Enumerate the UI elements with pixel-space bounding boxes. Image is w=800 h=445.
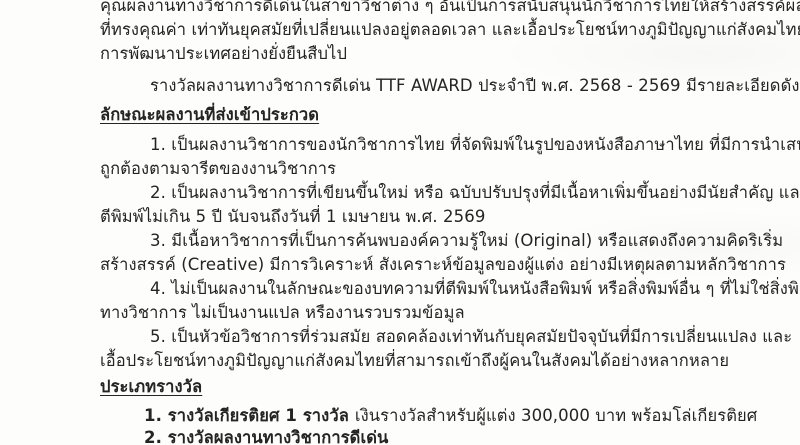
criteria-item-3-line-1: 3. มีเนื้อหาวิชาการที่เป็นการค้นพบองค์คว… <box>100 229 778 253</box>
award-intro-line: รางวัลผลงานทางวิชาการดีเด่น TTF AWARD ปร… <box>100 74 778 98</box>
award-type-item-1: 1. รางวัลเกียรติยศ 1 รางวัลเงินรางวัลสำห… <box>100 405 778 427</box>
criteria-item-3-line-2: สร้างสรรค์ (Creative) มีการวิเคราะห์ สัง… <box>100 253 778 277</box>
criteria-item-5-line-2: เอื้อประโยชน์ทางภูมิปัญญาแก่สังคมไทยที่ส… <box>100 349 778 373</box>
criteria-item-1-line-1: 1. เป็นผลงานวิชาการของนักวิชาการไทย ที่จ… <box>100 133 778 157</box>
criteria-item-4-line-2: ทางวิชาการ ไม่เป็นงานแปล หรืองานรวบรวมข้… <box>100 301 778 325</box>
award-type-item-1-detail: เงินรางวัลสำหรับผู้แต่ง 300,000 บาท พร้อ… <box>349 406 757 425</box>
award-type-item-2: 2. รางวัลผลงานทางวิชาการดีเด่น <box>100 427 778 445</box>
criteria-item-4-line-1: 4. ไม่เป็นผลงานในลักษณะของบทความที่ตีพิม… <box>100 277 778 301</box>
document-body: คุณผลงานทางวิชาการดีเด่นในสาขาวิชาต่าง ๆ… <box>100 0 778 445</box>
criteria-item-5-line-1: 5. เป็นหัวข้อวิชาการที่ร่วมสมัย สอดคล้อง… <box>100 325 778 349</box>
section-heading-characteristics: ลักษณะผลงานที่ส่งเข้าประกวด <box>100 103 778 127</box>
criteria-item-1-line-2: ถูกต้องตามจารีตของงานวิชาการ <box>100 157 778 181</box>
document-page: คุณผลงานทางวิชาการดีเด่นในสาขาวิชาต่าง ๆ… <box>0 0 800 445</box>
paragraph-line: คุณผลงานทางวิชาการดีเด่นในสาขาวิชาต่าง ๆ… <box>100 0 778 18</box>
paragraph-line: ที่ทรงคุณค่า เท่าทันยุคสมัยที่เปลี่ยนแปล… <box>100 18 778 42</box>
section-heading-award-types: ประเภทรางวัล <box>100 375 778 399</box>
criteria-list: 1. เป็นผลงานวิชาการของนักวิชาการไทย ที่จ… <box>100 133 778 373</box>
criteria-item-2-line-1: 2. เป็นผลงานวิชาการที่เขียนขึ้นใหม่ หรือ… <box>100 181 778 205</box>
criteria-item-2-line-2: ตีพิมพ์ไม่เกิน 5 ปี นับจนถึงวันที่ 1 เมษ… <box>100 205 778 229</box>
award-type-list: 1. รางวัลเกียรติยศ 1 รางวัลเงินรางวัลสำห… <box>100 405 778 445</box>
award-type-item-2-title: 2. รางวัลผลงานทางวิชาการดีเด่น <box>144 428 388 445</box>
award-type-item-1-title: 1. รางวัลเกียรติยศ 1 รางวัล <box>144 406 349 425</box>
paragraph-line: การพัฒนาประเทศอย่างยั่งยืนสืบไป <box>100 42 778 66</box>
top-paragraph: คุณผลงานทางวิชาการดีเด่นในสาขาวิชาต่าง ๆ… <box>100 0 778 66</box>
